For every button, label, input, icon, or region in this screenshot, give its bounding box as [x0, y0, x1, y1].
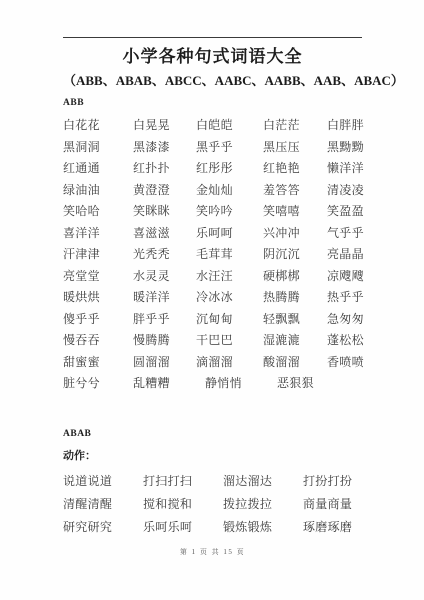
word-cell: 红艳艳	[263, 159, 327, 176]
word-cell: 汗津津	[63, 245, 133, 262]
word-cell: 热乎乎	[327, 288, 362, 305]
word-row: 笑哈哈笑眯眯笑吟吟笑嘻嘻笑盈盈	[63, 200, 362, 222]
word-cell: 喜洋洋	[63, 224, 133, 241]
word-cell: 暖洋洋	[133, 288, 196, 305]
word-cell: 干巴巴	[196, 331, 263, 348]
word-row: 傻乎乎胖乎乎沉甸甸轻飘飘急匆匆	[63, 308, 362, 330]
word-cell: 白胖胖	[327, 116, 362, 133]
word-row: 清醒清醒搅和搅和拨拉拨拉商量商量	[63, 492, 362, 515]
word-cell: 乐呵呵	[196, 224, 263, 241]
word-cell: 搅和搅和	[143, 495, 223, 512]
word-cell: 说道说道	[63, 472, 143, 489]
word-cell: 气乎乎	[327, 224, 362, 241]
word-cell: 水灵灵	[133, 267, 196, 284]
abb-word-table: 白花花白晃晃白皑皑白茫茫白胖胖黑洞洞黑漆漆黑乎乎黑压压黑黝黝红通通红扑扑红彤彤红…	[63, 114, 362, 394]
word-cell: 笑吟吟	[196, 202, 263, 219]
word-cell: 红通通	[63, 159, 133, 176]
word-cell: 研究研究	[63, 518, 143, 535]
word-cell: 乐呵乐呵	[143, 518, 223, 535]
page-number: 第 1 页 共 15 页	[63, 547, 362, 557]
word-cell: 傻乎乎	[63, 310, 133, 327]
word-cell: 静悄悄	[205, 374, 263, 391]
word-cell: 黄澄澄	[133, 181, 196, 198]
word-cell: 滴溜溜	[196, 353, 263, 370]
word-cell: 锻炼锻炼	[223, 518, 303, 535]
word-cell: 红彤彤	[196, 159, 263, 176]
word-cell: 拨拉拨拉	[223, 495, 303, 512]
word-cell: 乱糟糟	[133, 374, 196, 391]
word-cell: 兴冲冲	[263, 224, 327, 241]
subsection-label-action: 动作：	[63, 449, 362, 464]
word-row: 脏兮兮乱糟糟静悄悄恶狠狠	[63, 372, 362, 394]
word-cell: 羞答答	[263, 181, 327, 198]
word-cell: 黑压压	[263, 138, 327, 155]
word-cell: 白茫茫	[263, 116, 327, 133]
word-row: 黑洞洞黑漆漆黑乎乎黑压压黑黝黝	[63, 136, 362, 158]
word-cell: 黑乎乎	[196, 138, 263, 155]
word-cell: 亮晶晶	[327, 245, 362, 262]
word-cell: 溜达溜达	[223, 472, 303, 489]
word-cell: 恶狠狠	[277, 374, 327, 391]
word-cell: 香喷喷	[327, 353, 362, 370]
word-row: 甜蜜蜜圆溜溜滴溜溜酸溜溜香喷喷	[63, 351, 362, 373]
section-label-abab: ABAB	[63, 428, 362, 441]
page-title: 小学各种句式词语大全	[63, 45, 362, 69]
word-cell: 懒洋洋	[327, 159, 362, 176]
word-cell: 光秃秃	[133, 245, 196, 262]
abab-word-table: 说道说道打扫打扫溜达溜达打扮打扮清醒清醒搅和搅和拨拉拨拉商量商量研究研究乐呵乐呵…	[63, 469, 362, 538]
word-cell: 慢吞吞	[63, 331, 133, 348]
word-cell: 硬梆梆	[263, 267, 327, 284]
section-label-abb: ABB	[63, 97, 362, 110]
word-cell: 蓬松松	[327, 331, 362, 348]
word-cell: 喜滋滋	[133, 224, 196, 241]
word-cell: 阴沉沉	[263, 245, 327, 262]
word-cell: 白花花	[63, 116, 133, 133]
word-row: 绿油油黄澄澄金灿灿羞答答清凌凌	[63, 179, 362, 201]
word-cell: 急匆匆	[327, 310, 362, 327]
word-cell: 红扑扑	[133, 159, 196, 176]
word-cell: 笑眯眯	[133, 202, 196, 219]
word-cell: 笑哈哈	[63, 202, 133, 219]
word-cell: 毛茸茸	[196, 245, 263, 262]
word-cell: 暖烘烘	[63, 288, 133, 305]
word-row: 暖烘烘暖洋洋冷冰冰热腾腾热乎乎	[63, 286, 362, 308]
word-cell: 琢磨琢磨	[303, 518, 350, 535]
word-row: 研究研究乐呵乐呵锻炼锻炼琢磨琢磨	[63, 515, 362, 538]
word-cell: 水汪汪	[196, 267, 263, 284]
word-row: 喜洋洋喜滋滋乐呵呵兴冲冲气乎乎	[63, 222, 362, 244]
word-row: 说道说道打扫打扫溜达溜达打扮打扮	[63, 469, 362, 492]
word-cell: 亮堂堂	[63, 267, 133, 284]
word-cell: 绿油油	[63, 181, 133, 198]
word-cell: 脏兮兮	[63, 374, 133, 391]
word-cell: 白皑皑	[196, 116, 263, 133]
word-row: 汗津津光秃秃毛茸茸阴沉沉亮晶晶	[63, 243, 362, 265]
word-cell: 商量商量	[303, 495, 350, 512]
word-cell: 凉飕飕	[327, 267, 362, 284]
header-rule	[63, 37, 362, 38]
word-cell: 笑嘻嘻	[263, 202, 327, 219]
word-row: 红通通红扑扑红彤彤红艳艳懒洋洋	[63, 157, 362, 179]
word-cell: 黑洞洞	[63, 138, 133, 155]
word-row: 亮堂堂水灵灵水汪汪硬梆梆凉飕飕	[63, 265, 362, 287]
page-subtitle: （ABB、ABAB、ABCC、AABC、AABB、AAB、ABAC）	[63, 71, 362, 91]
word-cell: 黑黝黝	[327, 138, 362, 155]
word-cell: 甜蜜蜜	[63, 353, 133, 370]
word-cell: 圆溜溜	[133, 353, 196, 370]
word-row: 慢吞吞慢腾腾干巴巴湿漉漉蓬松松	[63, 329, 362, 351]
word-cell: 清凌凌	[327, 181, 362, 198]
word-cell: 白晃晃	[133, 116, 196, 133]
word-cell: 黑漆漆	[133, 138, 196, 155]
word-cell: 胖乎乎	[133, 310, 196, 327]
word-cell: 热腾腾	[263, 288, 327, 305]
word-cell: 沉甸甸	[196, 310, 263, 327]
word-cell: 酸溜溜	[263, 353, 327, 370]
word-cell: 慢腾腾	[133, 331, 196, 348]
word-cell: 打扮打扮	[303, 472, 350, 489]
word-cell: 清醒清醒	[63, 495, 143, 512]
word-cell: 金灿灿	[196, 181, 263, 198]
word-cell: 轻飘飘	[263, 310, 327, 327]
word-cell: 冷冰冰	[196, 288, 263, 305]
word-cell: 笑盈盈	[327, 202, 362, 219]
document-page: 小学各种句式词语大全 （ABB、ABAB、ABCC、AABC、AABB、AAB、…	[0, 0, 424, 600]
word-cell: 湿漉漉	[263, 331, 327, 348]
word-cell: 打扫打扫	[143, 472, 223, 489]
word-row: 白花花白晃晃白皑皑白茫茫白胖胖	[63, 114, 362, 136]
